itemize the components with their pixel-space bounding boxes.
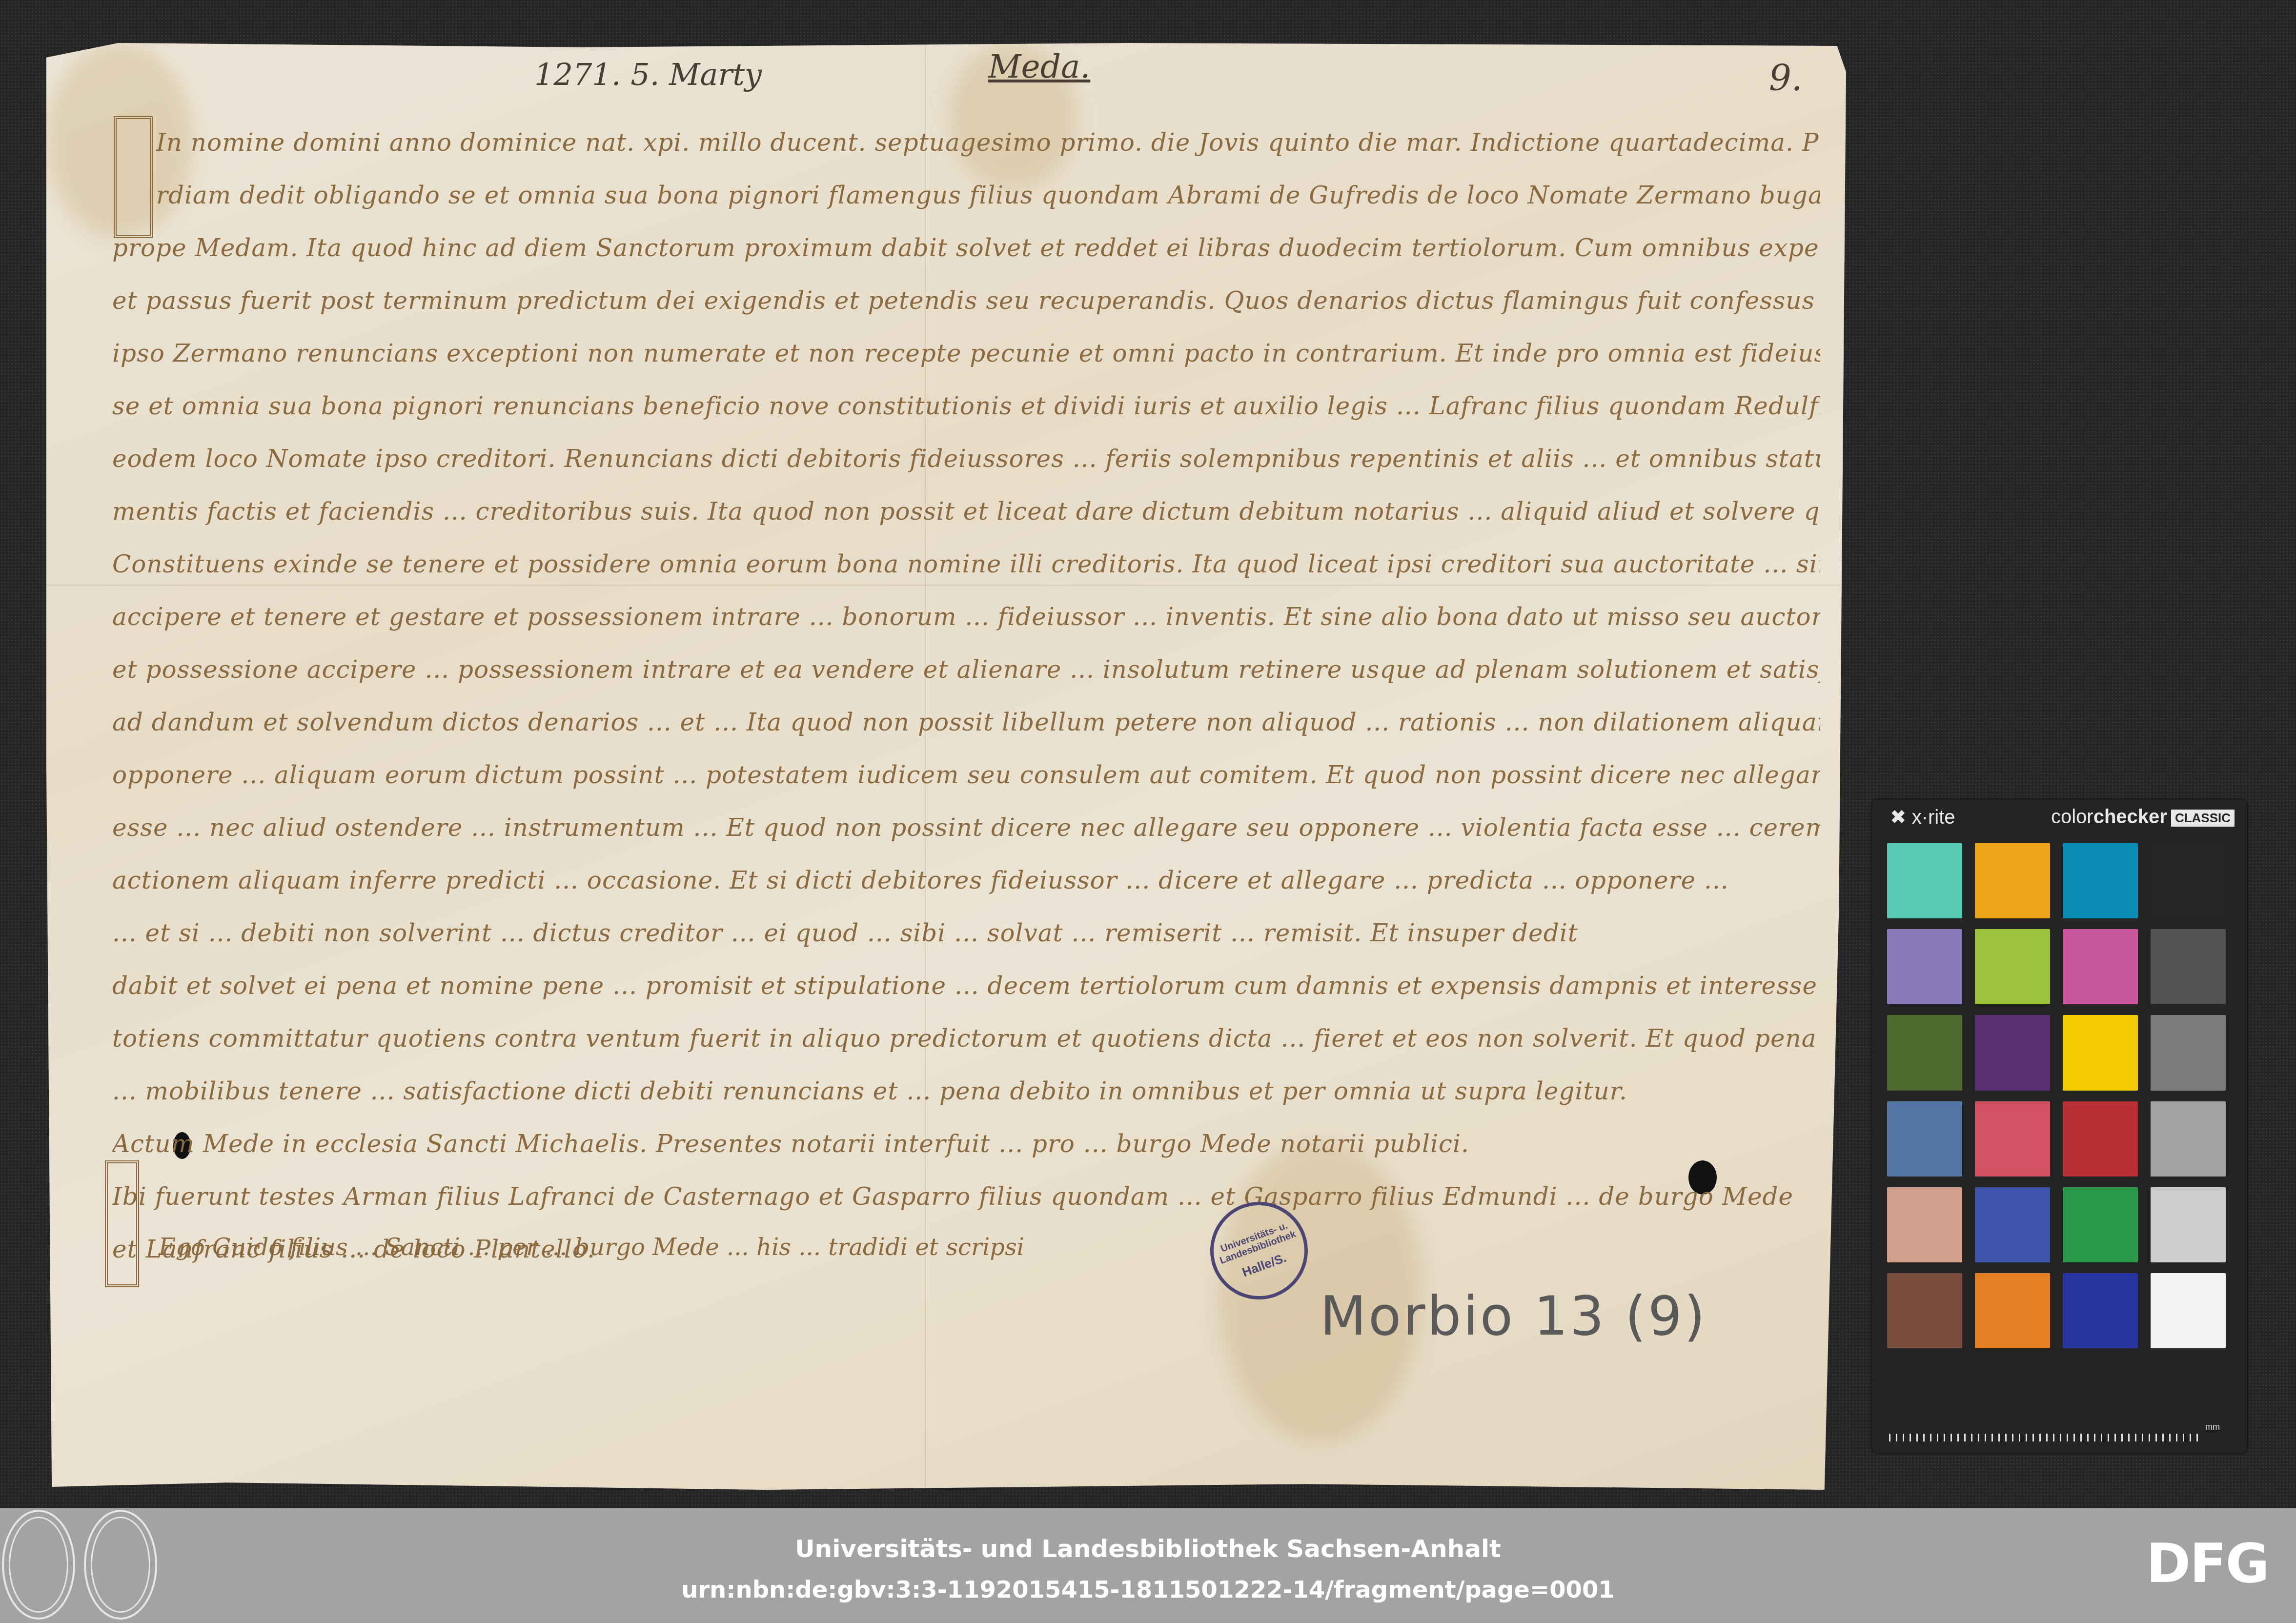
ruler-unit: mm: [2205, 1422, 2220, 1432]
text-line: totiens committatur quotiens contra vent…: [112, 1012, 1820, 1065]
text-line: rdiam dedit obligando se et omnia sua bo…: [112, 169, 1820, 222]
classic-badge: CLASSIC: [2171, 810, 2235, 827]
color-swatch: [2063, 1101, 2138, 1177]
text-line: In nomine domini anno dominice nat. xpi.…: [112, 116, 1820, 169]
color-swatch: [1887, 843, 1962, 918]
text-line: accipere et tenere et gestare et possess…: [112, 590, 1820, 643]
color-swatch: [2151, 929, 2226, 1004]
footer-bar: Universitäts- und Landesbibliothek Sachs…: [0, 1508, 2296, 1623]
xrite-icon: ✖: [1890, 807, 1907, 828]
brand-label: x·rite: [1912, 807, 1955, 828]
color-swatch: [2151, 843, 2226, 918]
text-line: Actum Mede in ecclesia Sancti Michaelis.…: [112, 1117, 1820, 1170]
text-line: et possessione accipere ... possessionem…: [112, 643, 1820, 696]
text-line: mentis factis et faciendis ... creditori…: [112, 485, 1820, 538]
title-bold: checker: [2093, 806, 2167, 828]
color-swatch: [1887, 1101, 1962, 1177]
folio-number: 9.: [1769, 58, 1803, 99]
shelfmark: Morbio 13 (9): [1320, 1285, 1707, 1347]
color-swatch: [2151, 1101, 2226, 1177]
parchment-document: 1271. 5. Marty Meda. 9. In nomine domini…: [46, 43, 1846, 1490]
title-light: color: [2051, 806, 2093, 828]
text-line: ad dandum et solvendum dictos denarios .…: [112, 696, 1820, 749]
text-line: dabit et solvet ei pena et nomine pene .…: [112, 959, 1820, 1012]
text-line: ipso Zermano renuncians exceptioni non n…: [112, 327, 1820, 380]
archival-date-annotation: 1271. 5. Marty: [534, 57, 762, 92]
color-swatch: [1975, 1101, 2050, 1177]
color-swatch: [2063, 1015, 2138, 1090]
text-line: ... mobilibus tenere ... satisfactione d…: [112, 1065, 1820, 1117]
color-swatch: [1975, 843, 2050, 918]
color-swatch: [1887, 929, 1962, 1004]
color-swatch: [2063, 1187, 2138, 1262]
text-line: se et omnia sua bona pignori renuncians …: [112, 380, 1820, 432]
colorchecker-title: colorcheckerCLASSIC: [2051, 806, 2235, 828]
color-checker-card: ✖ x·rite colorcheckerCLASSIC mm: [1871, 799, 2247, 1453]
color-swatch: [1975, 1273, 2050, 1348]
color-swatch: [2063, 929, 2138, 1004]
color-swatch: [1975, 1187, 2050, 1262]
color-swatch: [2151, 1015, 2226, 1090]
text-line: et passus fuerit post terminum predictum…: [112, 274, 1820, 327]
notarial-sign: [105, 1160, 139, 1287]
text-line: prope Medam. Ita quod hinc ad diem Sanct…: [112, 222, 1820, 274]
text-line: Ibi fuerunt testes Arman filius Lafranci…: [112, 1170, 1820, 1223]
swatch-grid: [1887, 843, 2226, 1348]
color-swatch: [1975, 929, 2050, 1004]
text-line: ... et si ... debiti non solverint ... d…: [112, 907, 1820, 959]
color-swatch: [1887, 1015, 1962, 1090]
notary-subscription: Ego Guido filius ... Sancti ... per ... …: [159, 1234, 1024, 1261]
color-swatch: [2063, 1273, 2138, 1348]
text-line: eodem loco Nomate ipso creditori. Renunc…: [112, 432, 1820, 485]
text-line: opponere ... aliquam eorum dictum possin…: [112, 749, 1820, 801]
charter-text: In nomine domini anno dominice nat. xpi.…: [112, 116, 1820, 1276]
color-swatch: [1975, 1015, 2050, 1090]
institution-name: Universitäts- und Landesbibliothek Sachs…: [0, 1535, 2296, 1563]
urn-identifier: urn:nbn:de:gbv:3:3-1192015415-1811501222…: [0, 1576, 2296, 1603]
text-line: esse ... nec aliud ostendere ... instrum…: [112, 801, 1820, 854]
text-line: actionem aliquam inferre predicti ... oc…: [112, 854, 1820, 907]
xrite-logo: ✖ x·rite: [1890, 806, 1955, 829]
color-swatch: [2151, 1273, 2226, 1348]
color-swatch: [2063, 843, 2138, 918]
color-swatch: [1887, 1187, 1962, 1262]
dfg-logo: DFG: [2146, 1532, 2269, 1595]
mm-ruler: [1889, 1429, 2201, 1441]
archival-place-annotation: Meda.: [988, 48, 1090, 85]
color-swatch: [2151, 1187, 2226, 1262]
text-line: Constituens exinde se tenere et possider…: [112, 538, 1820, 590]
color-swatch: [1887, 1273, 1962, 1348]
